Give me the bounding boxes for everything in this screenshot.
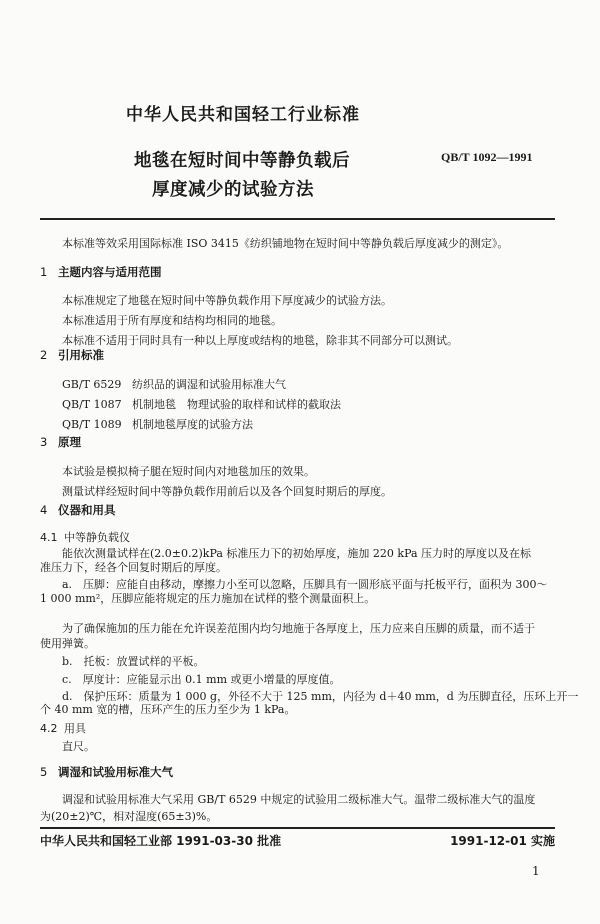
section-4-heading: 4仪器和用具 xyxy=(40,502,116,518)
section-number: 2 xyxy=(40,348,58,362)
subsection-4-1-heading: 4.1中等静负载仪 xyxy=(40,529,130,545)
ref-code: QB/T 1087 xyxy=(62,398,132,411)
title-line-1: 地毯在短时间中等静负载后 xyxy=(134,147,350,172)
subsection-title: 中等静负载仪 xyxy=(64,531,130,544)
section-number: 4 xyxy=(40,503,58,517)
s1-line-1: 本标准规定了地毯在短时间中等静负载作用下厚度减少的试验方法。 xyxy=(62,292,392,308)
issuer-heading: 中华人民共和国轻工行业标准 xyxy=(126,100,360,125)
subsection-4-2-heading: 4.2用具 xyxy=(40,720,86,736)
standard-code: QB/T 1092—1991 xyxy=(441,150,532,165)
title-line-2: 厚度减少的试验方法 xyxy=(152,176,314,201)
section-3-heading: 3原理 xyxy=(40,434,81,450)
section-2-heading: 2引用标准 xyxy=(40,347,104,363)
s3-line-1: 本试验是模拟椅子腿在短时间内对地毯加压的效果。 xyxy=(62,463,315,479)
section-5-heading: 5调湿和试验用标准大气 xyxy=(40,764,173,780)
header-rule xyxy=(40,218,555,220)
intro-text: 本标准等效采用国际标准 ISO 3415《纺织铺地物在短时间中等静负载后厚度减少… xyxy=(62,235,508,251)
section-title: 原理 xyxy=(58,435,81,449)
subsection-title: 用具 xyxy=(64,722,86,735)
section-title: 引用标准 xyxy=(58,348,104,362)
subsection-number: 4.2 xyxy=(40,722,64,735)
section-1-heading: 1主题内容与适用范围 xyxy=(40,264,162,280)
ref-code: QB/T 1089 xyxy=(62,418,132,431)
s41-item-b: b. 托板：放置试样的平板。 xyxy=(62,653,205,669)
s3-line-2: 测量试样经短时间中等静负载作用前后以及各个回复时期后的厚度。 xyxy=(62,483,392,499)
section-title: 仪器和用具 xyxy=(58,503,116,517)
subsection-number: 4.1 xyxy=(40,531,64,544)
approval-date: 中华人民共和国轻工业部 1991-03-30 批准 xyxy=(40,832,281,849)
s5-line-1: 调湿和试验用标准大气采用 GB/T 6529 中规定的试验用二级标准大气。温带二… xyxy=(62,791,535,807)
section-number: 3 xyxy=(40,435,58,449)
ref-item: QB/T 1087机制地毯 物理试验的取样和试样的截取法 xyxy=(62,396,341,412)
s5-line-2: 为(20±2)℃，相对湿度(65±3)%。 xyxy=(40,808,217,824)
effective-date: 1991-12-01 实施 xyxy=(450,832,555,849)
s41-p2-line-1: 为了确保施加的压力能在允许误差范围内均匀地施于各厚度上，压力应来自压脚的质量，而… xyxy=(62,620,535,636)
section-title: 主题内容与适用范围 xyxy=(58,265,162,279)
ref-item: GB/T 6529纺织品的调湿和试验用标准大气 xyxy=(62,376,286,392)
footer-rule xyxy=(40,827,555,829)
ref-title: 纺织品的调湿和试验用标准大气 xyxy=(132,378,286,391)
ref-title: 机制地毯 物理试验的取样和试样的截取法 xyxy=(132,398,341,411)
s41-p1-line-2: 准压力下，经各个回复时期后的厚度。 xyxy=(40,559,227,575)
section-title: 调湿和试验用标准大气 xyxy=(58,765,173,779)
s41-item-c: c. 厚度计：应能显示出 0.1 mm 或更小增量的厚度值。 xyxy=(62,671,341,687)
ref-item: QB/T 1089机制地毯厚度的试验方法 xyxy=(62,416,253,432)
s41-item-a-line-2: 1 000 mm²，压脚应能将规定的压力施加在试样的整个测量面积上。 xyxy=(40,590,375,606)
ref-title: 机制地毯厚度的试验方法 xyxy=(132,418,253,431)
s1-line-3: 本标准不适用于同时具有一种以上厚度或结构的地毯，除非其不同部分可以测试。 xyxy=(62,332,458,348)
s41-item-d-line-2: 个 40 mm 宽的槽，压环产生的压力至少为 1 kPa。 xyxy=(40,701,295,717)
s1-line-2: 本标准适用于所有厚度和结构均相同的地毯。 xyxy=(62,312,282,328)
ref-code: GB/T 6529 xyxy=(62,378,132,391)
s42-line: 直尺。 xyxy=(62,738,95,754)
section-number: 1 xyxy=(40,265,58,279)
s41-p2-line-2: 使用弹簧。 xyxy=(40,635,95,651)
page-number: 1 xyxy=(532,864,540,878)
section-number: 5 xyxy=(40,765,58,779)
